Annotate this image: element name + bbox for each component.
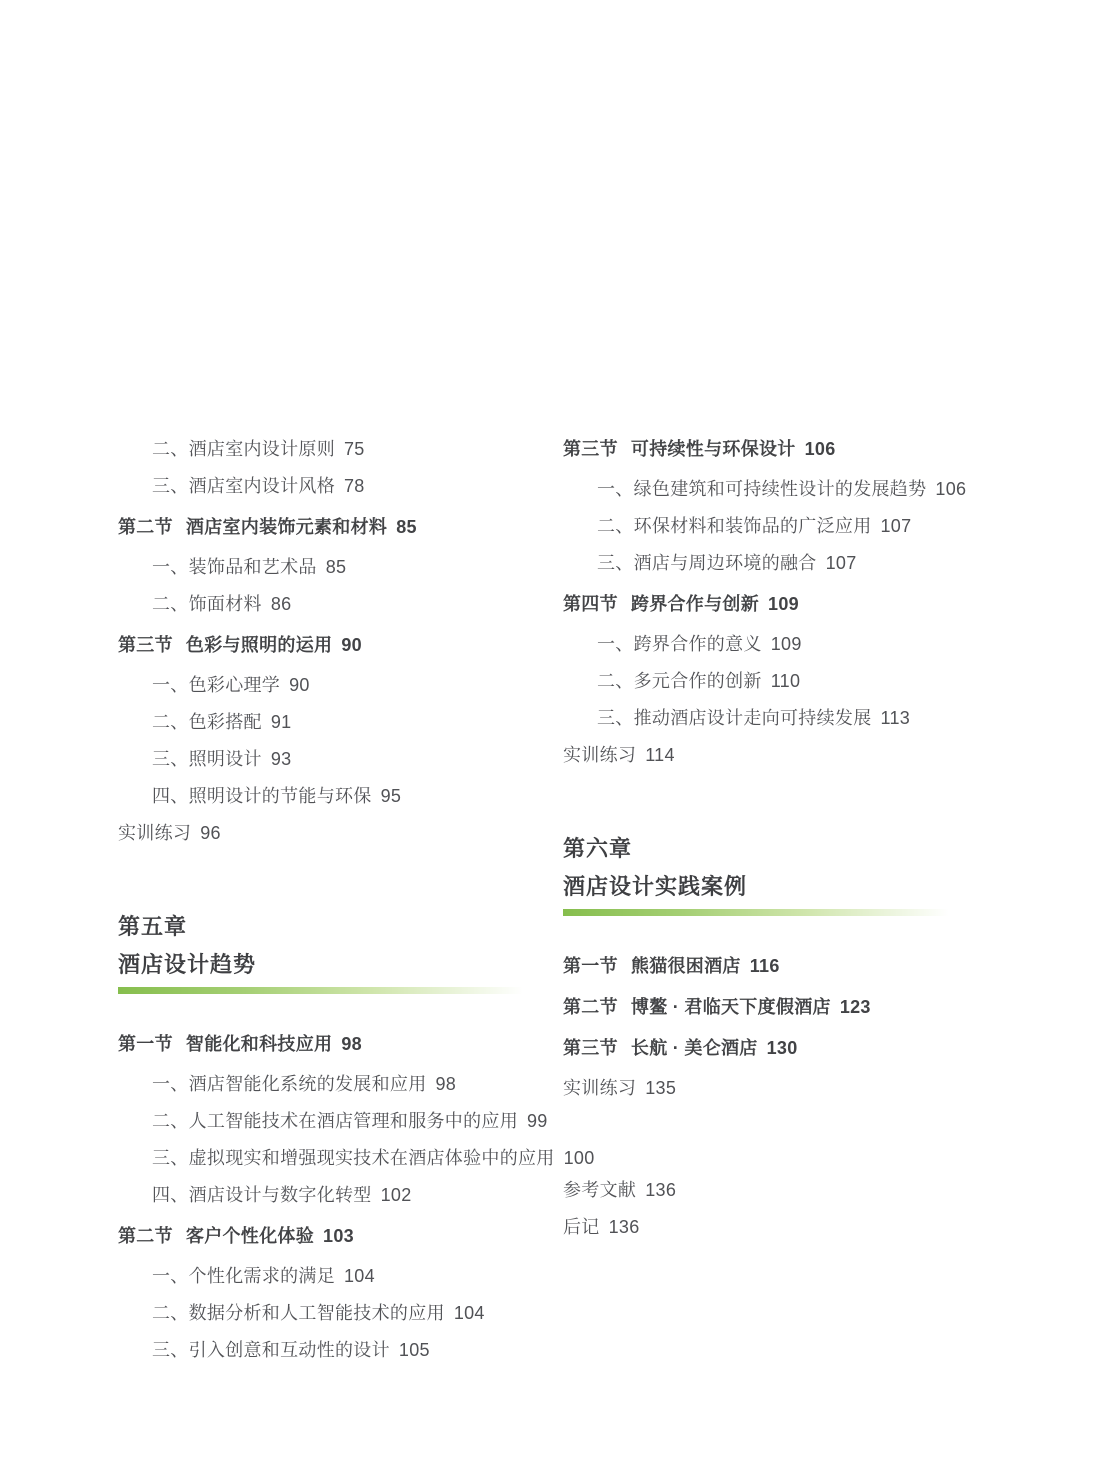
entry-title: 二、饰面材料 (152, 594, 262, 614)
entry-page-number: 90 (289, 675, 310, 695)
toc-section-entry: 第三节可持续性与环保设计106 (563, 437, 965, 462)
entry-title: 二、酒店室内设计原则 (152, 439, 335, 459)
entry-page-number: 98 (341, 1034, 362, 1054)
toc-sub-entry: 三、酒店室内设计风格78 (118, 474, 540, 499)
section-number: 第一节 (563, 956, 618, 976)
entry-page-number: 75 (344, 439, 365, 459)
toc-plain-entry: 后记136 (563, 1215, 965, 1240)
chapter-title: 酒店设计趋势 (118, 950, 540, 980)
toc-sub-entry: 三、酒店与周边环境的融合107 (563, 551, 965, 576)
entry-title: 一、装饰品和艺术品 (152, 557, 317, 577)
chapter-accent-rule (563, 909, 965, 916)
toc-plain-entry: 实训练习114 (563, 743, 965, 768)
entry-page-number: 78 (344, 476, 365, 496)
section-number: 第二节 (563, 997, 618, 1017)
entry-title: 可持续性与环保设计 (631, 439, 796, 459)
section-number: 第三节 (563, 1038, 618, 1058)
toc-sub-entry: 二、环保材料和装饰品的广泛应用107 (563, 514, 965, 539)
entry-title: 客户个性化体验 (186, 1226, 314, 1246)
entry-title: 三、引入创意和互动性的设计 (152, 1340, 390, 1360)
entry-title: 四、照明设计的节能与环保 (152, 786, 372, 806)
toc-sub-entry: 三、照明设计93 (118, 747, 540, 772)
entry-page-number: 106 (935, 479, 966, 499)
toc-plain-entry: 实训练习135 (563, 1076, 965, 1101)
entry-page-number: 91 (271, 712, 292, 732)
entry-title: 实训练习 (563, 1078, 636, 1098)
entry-page-number: 116 (750, 956, 780, 976)
entry-title: 三、照明设计 (152, 749, 262, 769)
entry-title: 实训练习 (563, 745, 636, 765)
section-number: 第三节 (563, 439, 618, 459)
entry-page-number: 104 (344, 1266, 375, 1286)
entry-title: 一、色彩心理学 (152, 675, 280, 695)
toc-sub-entry: 二、酒店室内设计原则75 (118, 437, 540, 462)
entry-page-number: 93 (271, 749, 292, 769)
entry-page-number: 99 (527, 1111, 548, 1131)
entry-title: 四、酒店设计与数字化转型 (152, 1185, 372, 1205)
entry-page-number: 104 (454, 1303, 485, 1323)
toc-section-entry: 第四节跨界合作与创新109 (563, 592, 965, 617)
entry-title: 三、酒店与周边环境的融合 (597, 553, 817, 573)
entry-title: 一、酒店智能化系统的发展和应用 (152, 1074, 427, 1094)
entry-page-number: 110 (771, 671, 801, 691)
chapter-number: 第五章 (118, 912, 540, 942)
entry-title: 三、酒店室内设计风格 (152, 476, 335, 496)
toc-page: 二、酒店室内设计原则75三、酒店室内设计风格78第二节酒店室内装饰元素和材料85… (0, 0, 1100, 1482)
entry-page-number: 103 (323, 1226, 354, 1246)
toc-sub-entry: 一、个性化需求的满足104 (118, 1264, 540, 1289)
entry-title: 博鳌 · 君临天下度假酒店 (631, 997, 831, 1017)
toc-sub-entry: 二、人工智能技术在酒店管理和服务中的应用99 (118, 1109, 540, 1134)
entry-page-number: 130 (767, 1038, 798, 1058)
entry-title: 一、绿色建筑和可持续性设计的发展趋势 (597, 479, 926, 499)
toc-plain-entry: 实训练习96 (118, 821, 540, 846)
entry-title: 二、人工智能技术在酒店管理和服务中的应用 (152, 1111, 518, 1131)
entry-title: 跨界合作与创新 (631, 594, 759, 614)
entry-title: 一、跨界合作的意义 (597, 634, 762, 654)
entry-title: 一、个性化需求的满足 (152, 1266, 335, 1286)
toc-section-entry: 第三节色彩与照明的运用90 (118, 633, 540, 658)
entry-page-number: 95 (381, 786, 402, 806)
toc-sub-entry: 一、装饰品和艺术品85 (118, 555, 540, 580)
section-number: 第二节 (118, 1226, 173, 1246)
chapter-accent-rule (118, 987, 540, 994)
entry-page-number: 136 (609, 1217, 640, 1237)
toc-sub-entry: 二、数据分析和人工智能技术的应用104 (118, 1301, 540, 1326)
toc-plain-entry: 参考文献136 (563, 1178, 965, 1203)
entry-page-number: 105 (399, 1340, 430, 1360)
entry-page-number: 135 (645, 1078, 676, 1098)
toc-section-entry: 第一节智能化和科技应用98 (118, 1032, 540, 1057)
toc-sub-entry: 一、酒店智能化系统的发展和应用98 (118, 1072, 540, 1097)
entry-title: 三、虚拟现实和增强现实技术在酒店体验中的应用 (152, 1148, 555, 1168)
toc-sub-entry: 一、跨界合作的意义109 (563, 632, 965, 657)
entry-title: 二、色彩搭配 (152, 712, 262, 732)
toc-column-left: 二、酒店室内设计原则75三、酒店室内设计风格78第二节酒店室内装饰元素和材料85… (118, 437, 540, 1375)
entry-title: 智能化和科技应用 (186, 1034, 332, 1054)
chapter-heading-block: 第六章酒店设计实践案例 (563, 834, 965, 916)
entry-page-number: 106 (805, 439, 836, 459)
entry-page-number: 113 (881, 708, 911, 728)
toc-sub-entry: 四、酒店设计与数字化转型102 (118, 1183, 540, 1208)
toc-sub-entry: 三、虚拟现实和增强现实技术在酒店体验中的应用100 (118, 1146, 540, 1171)
toc-sub-entry: 四、照明设计的节能与环保95 (118, 784, 540, 809)
entry-page-number: 109 (771, 634, 802, 654)
toc-section-entry: 第二节客户个性化体验103 (118, 1224, 540, 1249)
entry-title: 色彩与照明的运用 (186, 635, 332, 655)
entry-title: 后记 (563, 1217, 600, 1237)
entry-page-number: 107 (881, 516, 912, 536)
toc-section-entry: 第二节博鳌 · 君临天下度假酒店123 (563, 995, 965, 1020)
entry-title: 参考文献 (563, 1180, 636, 1200)
toc-sub-entry: 一、绿色建筑和可持续性设计的发展趋势106 (563, 477, 965, 502)
entry-page-number: 136 (645, 1180, 676, 1200)
toc-sub-entry: 一、色彩心理学90 (118, 673, 540, 698)
toc-sub-entry: 二、色彩搭配91 (118, 710, 540, 735)
entry-page-number: 85 (396, 517, 417, 537)
entry-title: 二、多元合作的创新 (597, 671, 762, 691)
chapter-heading-block: 第五章酒店设计趋势 (118, 912, 540, 994)
entry-page-number: 107 (826, 553, 857, 573)
entry-title: 熊猫很困酒店 (631, 956, 741, 976)
toc-section-entry: 第三节长航 · 美仑酒店130 (563, 1036, 965, 1061)
entry-page-number: 90 (341, 635, 362, 655)
entry-page-number: 96 (200, 823, 221, 843)
entry-page-number: 123 (840, 997, 871, 1017)
entry-page-number: 85 (326, 557, 347, 577)
section-number: 第四节 (563, 594, 618, 614)
toc-sub-entry: 三、推动酒店设计走向可持续发展113 (563, 706, 965, 731)
section-number: 第二节 (118, 517, 173, 537)
entry-page-number: 109 (768, 594, 799, 614)
toc-section-entry: 第一节熊猫很困酒店116 (563, 954, 965, 979)
entry-page-number: 102 (381, 1185, 412, 1205)
entry-page-number: 114 (645, 745, 675, 765)
entry-title: 二、数据分析和人工智能技术的应用 (152, 1303, 445, 1323)
toc-section-entry: 第二节酒店室内装饰元素和材料85 (118, 515, 540, 540)
entry-page-number: 98 (436, 1074, 457, 1094)
entry-title: 三、推动酒店设计走向可持续发展 (597, 708, 872, 728)
toc-sub-entry: 二、饰面材料86 (118, 592, 540, 617)
entry-title: 实训练习 (118, 823, 191, 843)
chapter-number: 第六章 (563, 834, 965, 864)
toc-spacer (563, 1113, 965, 1178)
section-number: 第一节 (118, 1034, 173, 1054)
entry-title: 二、环保材料和装饰品的广泛应用 (597, 516, 872, 536)
entry-title: 长航 · 美仑酒店 (631, 1038, 758, 1058)
entry-page-number: 86 (271, 594, 292, 614)
toc-sub-entry: 三、引入创意和互动性的设计105 (118, 1338, 540, 1363)
toc-column-right: 第三节可持续性与环保设计106一、绿色建筑和可持续性设计的发展趋势106二、环保… (563, 437, 965, 1252)
toc-sub-entry: 二、多元合作的创新110 (563, 669, 965, 694)
section-number: 第三节 (118, 635, 173, 655)
chapter-title: 酒店设计实践案例 (563, 872, 965, 902)
entry-title: 酒店室内装饰元素和材料 (186, 517, 387, 537)
